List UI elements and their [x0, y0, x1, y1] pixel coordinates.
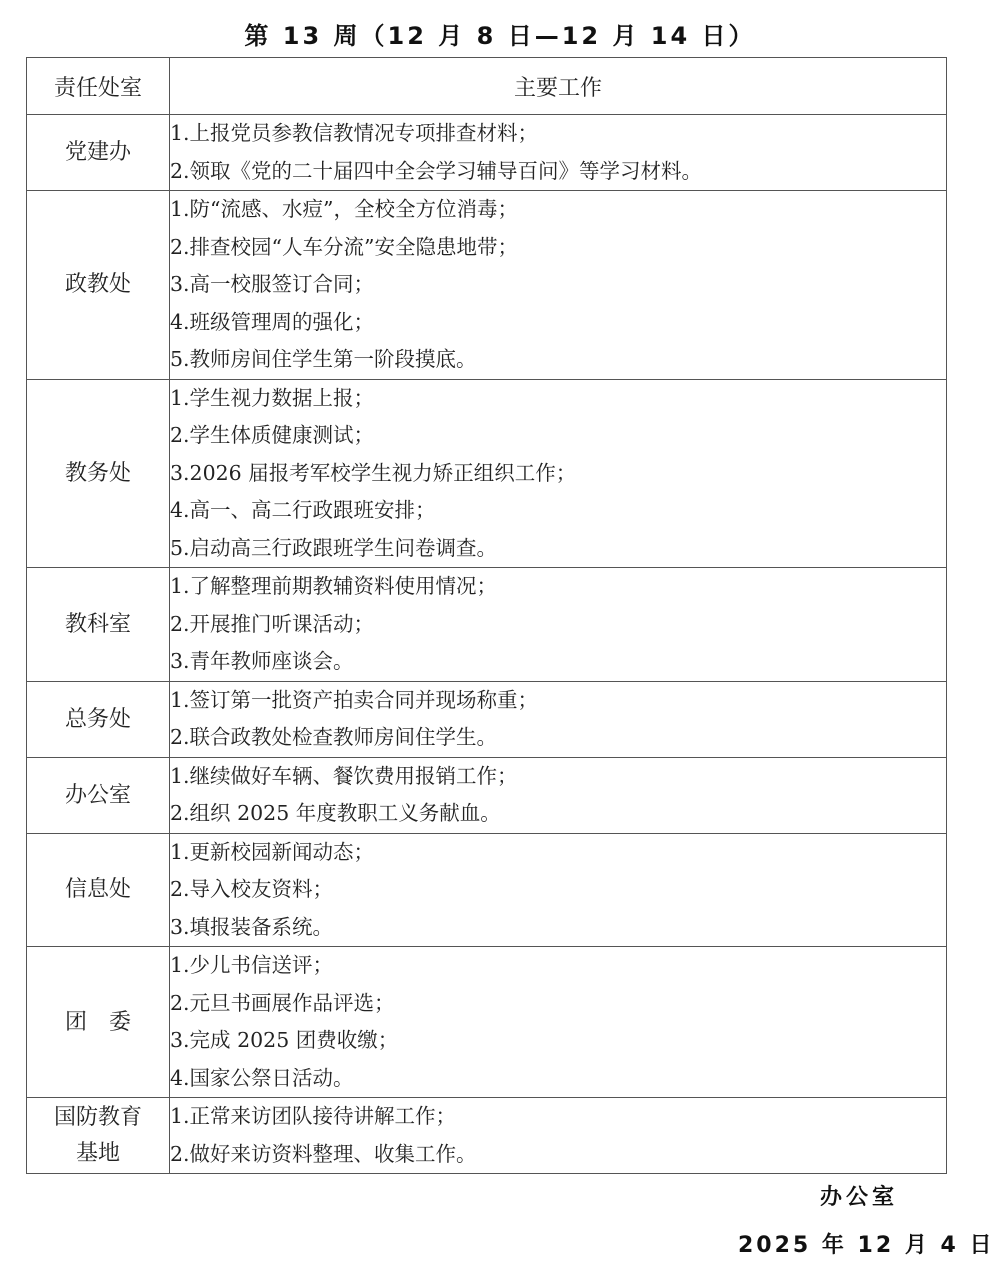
header-work: 主要工作 [170, 58, 947, 115]
work-item: 1.防“流感、水痘”，全校全方位消毒； [170, 191, 946, 229]
table-row: 教科室 1.了解整理前期教辅资料使用情况； 2.开展推门听课活动； 3.青年教师… [27, 568, 947, 682]
table-row: 信息处 1.更新校园新闻动态； 2.导入校友资料； 3.填报装备系统。 [27, 833, 947, 947]
issue-date: 2025 年 12 月 4 日 [738, 1228, 994, 1259]
work-item: 2.导入校友资料； [170, 871, 946, 909]
work-cell: 1.上报党员参教信教情况专项排查材料； 2.领取《党的二十届四中全会学习辅导百问… [170, 115, 947, 191]
table-row: 国防教育 基地 1.正常来访团队接待讲解工作； 2.做好来访资料整理、收集工作。 [27, 1098, 947, 1174]
page-title: 第 13 周（12 月 8 日—12 月 14 日） [0, 16, 1000, 51]
work-item: 5.教师房间住学生第一阶段摸底。 [170, 341, 946, 379]
work-cell: 1.学生视力数据上报； 2.学生体质健康测试； 3.2026 届报考军校学生视力… [170, 379, 947, 568]
work-item: 2.开展推门听课活动； [170, 606, 946, 644]
department-line: 基地 [27, 1136, 169, 1172]
work-cell: 1.更新校园新闻动态； 2.导入校友资料； 3.填报装备系统。 [170, 833, 947, 947]
work-item: 1.更新校园新闻动态； [170, 834, 946, 872]
work-item: 2.组织 2025 年度教职工义务献血。 [170, 795, 946, 833]
department-line: 国防教育 [27, 1100, 169, 1136]
table-header-row: 责任处室 主要工作 [27, 58, 947, 115]
department-cell: 教务处 [27, 379, 170, 568]
work-item: 2.学生体质健康测试； [170, 417, 946, 455]
work-item: 2.元旦书画展作品评选； [170, 985, 946, 1023]
table-row: 政教处 1.防“流感、水痘”，全校全方位消毒； 2.排查校园“人车分流”安全隐患… [27, 191, 947, 380]
work-cell: 1.签订第一批资产拍卖合同并现场称重； 2.联合政教处检查教师房间住学生。 [170, 681, 947, 757]
work-item: 1.继续做好车辆、餐饮费用报销工作； [170, 758, 946, 796]
department-cell: 办公室 [27, 757, 170, 833]
work-item: 3.高一校服签订合同； [170, 266, 946, 304]
department-cell: 教科室 [27, 568, 170, 682]
department-cell: 政教处 [27, 191, 170, 380]
weekly-work-table: 责任处室 主要工作 党建办 1.上报党员参教信教情况专项排查材料； 2.领取《党… [26, 57, 947, 1174]
table-row: 总务处 1.签订第一批资产拍卖合同并现场称重； 2.联合政教处检查教师房间住学生… [27, 681, 947, 757]
work-item: 4.班级管理周的强化； [170, 304, 946, 342]
department-cell: 团 委 [27, 947, 170, 1098]
work-item: 2.联合政教处检查教师房间住学生。 [170, 719, 946, 757]
work-item: 1.了解整理前期教辅资料使用情况； [170, 568, 946, 606]
work-item: 1.上报党员参教信教情况专项排查材料； [170, 115, 946, 153]
work-item: 3.填报装备系统。 [170, 909, 946, 947]
department-cell: 信息处 [27, 833, 170, 947]
work-item: 2.做好来访资料整理、收集工作。 [170, 1136, 946, 1174]
work-item: 1.学生视力数据上报； [170, 380, 946, 418]
work-item: 3.完成 2025 团费收缴； [170, 1022, 946, 1060]
work-cell: 1.正常来访团队接待讲解工作； 2.做好来访资料整理、收集工作。 [170, 1098, 947, 1174]
table-row: 办公室 1.继续做好车辆、餐饮费用报销工作； 2.组织 2025 年度教职工义务… [27, 757, 947, 833]
work-item: 1.正常来访团队接待讲解工作； [170, 1098, 946, 1136]
header-department: 责任处室 [27, 58, 170, 115]
work-cell: 1.少儿书信送评； 2.元旦书画展作品评选； 3.完成 2025 团费收缴； 4… [170, 947, 947, 1098]
table-row: 党建办 1.上报党员参教信教情况专项排查材料； 2.领取《党的二十届四中全会学习… [27, 115, 947, 191]
work-item: 3.2026 届报考军校学生视力矫正组织工作； [170, 455, 946, 493]
work-cell: 1.继续做好车辆、餐饮费用报销工作； 2.组织 2025 年度教职工义务献血。 [170, 757, 947, 833]
work-item: 4.国家公祭日活动。 [170, 1060, 946, 1098]
department-cell: 总务处 [27, 681, 170, 757]
work-item: 3.青年教师座谈会。 [170, 643, 946, 681]
work-item: 2.排查校园“人车分流”安全隐患地带； [170, 229, 946, 267]
issuer-signature: 办公室 [820, 1180, 898, 1211]
work-item: 2.领取《党的二十届四中全会学习辅导百问》等学习材料。 [170, 153, 946, 191]
department-cell: 党建办 [27, 115, 170, 191]
work-item: 1.签订第一批资产拍卖合同并现场称重； [170, 682, 946, 720]
work-item: 5.启动高三行政跟班学生问卷调查。 [170, 530, 946, 568]
work-item: 4.高一、高二行政跟班安排； [170, 492, 946, 530]
work-item: 1.少儿书信送评； [170, 947, 946, 985]
table-row: 教务处 1.学生视力数据上报； 2.学生体质健康测试； 3.2026 届报考军校… [27, 379, 947, 568]
work-cell: 1.防“流感、水痘”，全校全方位消毒； 2.排查校园“人车分流”安全隐患地带； … [170, 191, 947, 380]
table-row: 团 委 1.少儿书信送评； 2.元旦书画展作品评选； 3.完成 2025 团费收… [27, 947, 947, 1098]
department-cell: 国防教育 基地 [27, 1098, 170, 1174]
work-cell: 1.了解整理前期教辅资料使用情况； 2.开展推门听课活动； 3.青年教师座谈会。 [170, 568, 947, 682]
